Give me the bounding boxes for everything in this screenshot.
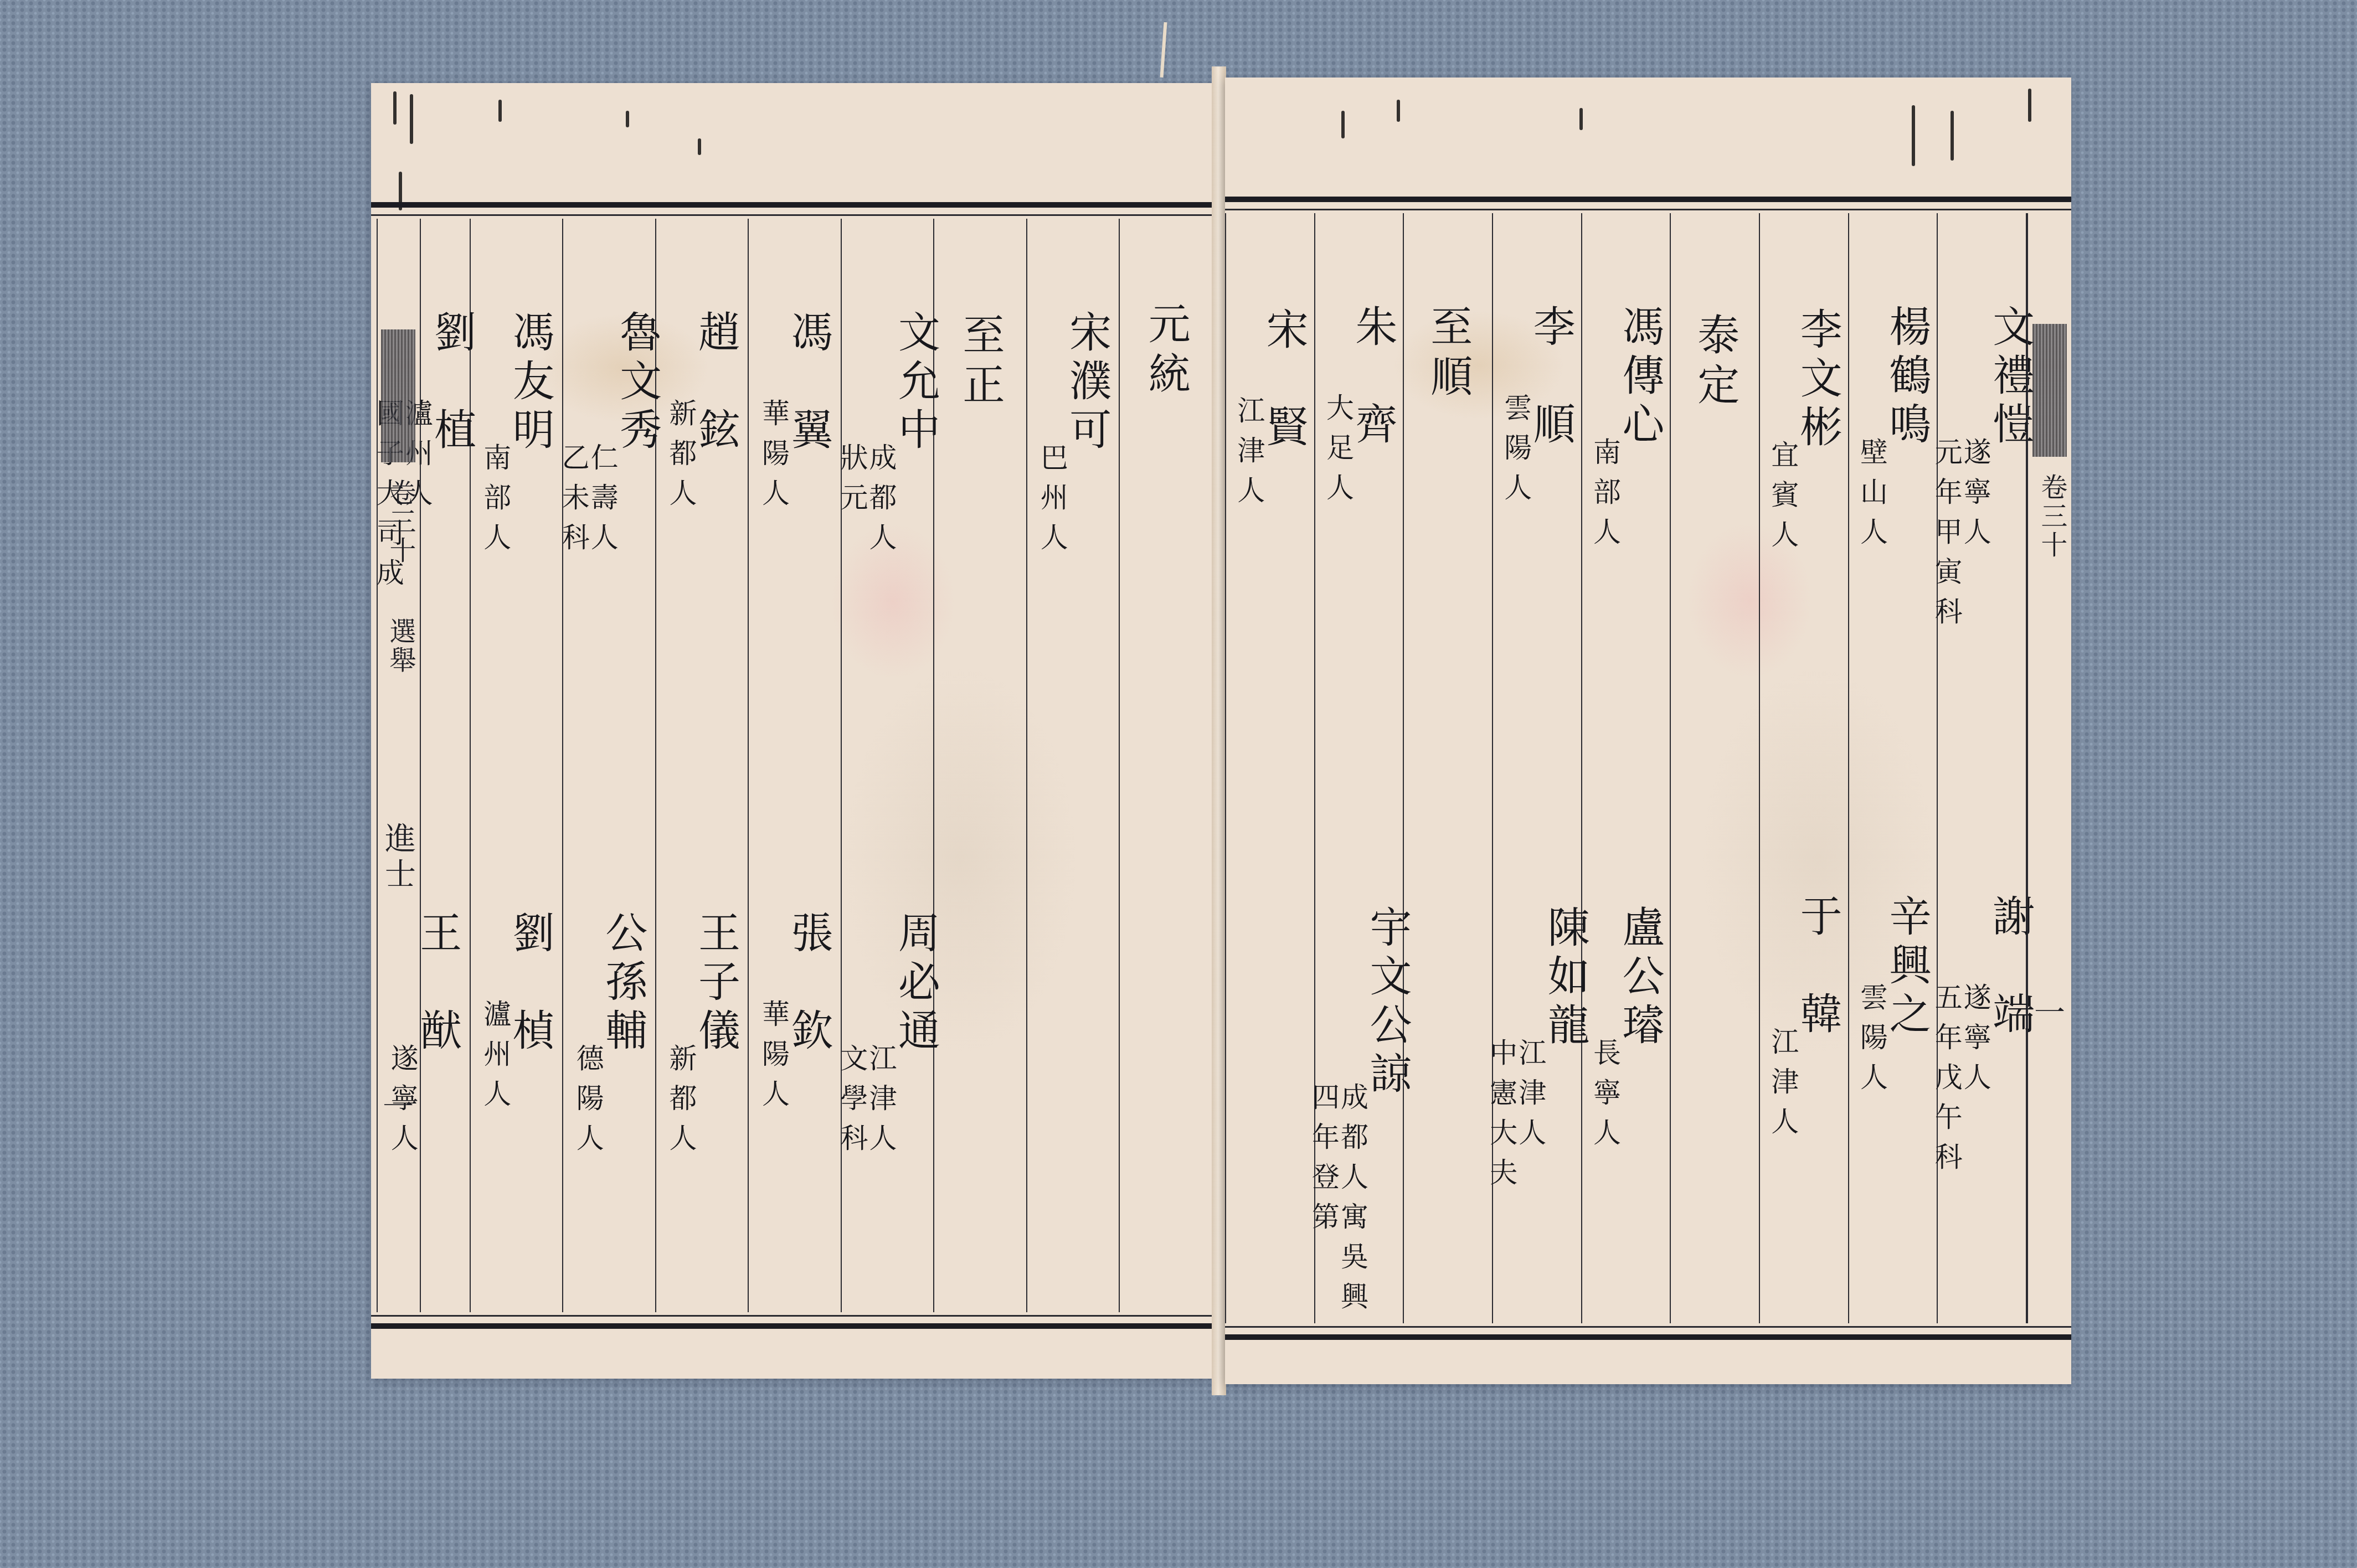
candidate-name: 于 韓	[1797, 894, 1839, 1040]
subsection-label: 進士	[377, 822, 420, 893]
column-entry: 宋濮可 巴州人	[1026, 219, 1119, 1312]
candidate-name: 文禮愷	[1989, 305, 2031, 451]
candidate-note: 新都人	[667, 1044, 694, 1163]
candidate-note: 巴州人	[1038, 443, 1066, 563]
candidate-note: 仁壽人	[589, 443, 616, 563]
candidate-name: 楊鶴鳴	[1886, 305, 1928, 451]
candidate-name: 宇文公諒	[1366, 905, 1408, 1100]
candidate-note: 遂寧人	[1962, 437, 1989, 637]
block-center-left: 卷三十 選舉 進士 一	[377, 219, 421, 1312]
column-entry: 朱 齊 大足人 宇文公諒 成都人寓吳興 四年登第	[1314, 213, 1403, 1323]
candidate-name: 馮友明	[509, 310, 551, 456]
right-page-frame: 文禮愷 遂寧人 元年甲寅科 謝 端 遂寧人 五年戊午科	[1225, 197, 2071, 1340]
column-entry: 馮傳心 南部人 盧公璿 長寧人	[1581, 213, 1670, 1323]
candidate-name: 朱 齊	[1352, 305, 1394, 451]
column-era: 至順	[1403, 213, 1492, 1323]
candidate-note: 宜賓人	[1769, 440, 1797, 560]
candidate-note: 遂寧人	[1962, 983, 1989, 1182]
column-era: 至正	[933, 219, 1026, 1312]
column-entry: 魯文秀 仁壽人 乙未科 公孫輔 德陽人	[562, 219, 655, 1312]
left-page-columns: 元統 宋濮可 巴州人 至正 文允中 成都人	[377, 219, 1213, 1312]
volume-label: 卷三十	[377, 479, 420, 565]
candidate-note: 華陽人	[760, 999, 788, 1119]
candidate-note: 雲陽人	[1858, 983, 1886, 1102]
column-entry: 宋 賢 江津人	[1225, 213, 1314, 1323]
page-number: 一	[2028, 988, 2071, 1033]
candidate-note: 大足人	[1324, 393, 1352, 513]
candidate-note: 中憲大夫	[1488, 1038, 1515, 1198]
candidate-name: 盧公璿	[1619, 905, 1661, 1051]
candidate-note: 瀘州人	[403, 399, 431, 598]
candidate-name: 宋 賢	[1263, 307, 1305, 453]
candidate-name: 李文彬	[1797, 307, 1839, 453]
era-name: 至順	[1427, 305, 1469, 404]
candidate-note: 新都人	[667, 399, 694, 518]
left-page-frame: 元統 宋濮可 巴州人 至正 文允中 成都人	[371, 202, 1213, 1329]
volume-label: 卷三十	[2028, 473, 2071, 560]
era-name: 泰定	[1694, 313, 1736, 412]
candidate-note: 瀘州人	[481, 999, 509, 1119]
fish-tail-mark-icon	[381, 329, 415, 462]
fish-tail-mark-icon	[2032, 324, 2067, 457]
candidate-note: 壁山人	[1858, 437, 1886, 557]
candidate-name: 魯文秀	[616, 310, 658, 456]
column-entry: 文允中 成都人 狀元 周必通 江津人 文學科	[841, 219, 934, 1312]
candidate-name: 辛興之	[1886, 894, 1928, 1040]
candidate-note: 江津人	[1235, 396, 1263, 515]
candidate-name: 謝 端	[1989, 894, 2031, 1040]
candidate-note: 遂寧人	[389, 1044, 416, 1163]
page-number: 一	[377, 1082, 420, 1127]
column-entry: 馮友明 南部人 劉 楨 瀘州人	[470, 219, 563, 1312]
candidate-name: 李 順	[1530, 305, 1572, 451]
candidate-name: 王 猷	[416, 911, 459, 1057]
book-spine-fold	[1212, 66, 1226, 1395]
column-entry: 李 順 雲陽人 陳如龍 江津人 中憲大夫	[1492, 213, 1581, 1323]
candidate-note: 南部人	[481, 443, 509, 563]
candidate-name: 宋濮可	[1066, 310, 1108, 456]
candidate-note: 文學科	[838, 1044, 866, 1163]
candidate-name: 王子儀	[694, 911, 737, 1057]
era-name: 至正	[959, 313, 1001, 412]
candidate-name: 劉 植	[431, 310, 473, 456]
candidate-name: 周必通	[895, 911, 937, 1057]
candidate-note: 成都人	[867, 443, 895, 563]
candidate-name: 文允中	[895, 310, 937, 456]
candidate-note: 四年登第	[1310, 1082, 1337, 1322]
column-entry: 李文彬 宜賓人 于 韓 江津人	[1759, 213, 1848, 1323]
column-entry: 馮 翼 華陽人 張 欽 華陽人	[748, 219, 841, 1312]
candidate-note: 江津人	[1769, 1027, 1797, 1147]
candidate-note: 江津人	[867, 1044, 895, 1163]
candidate-note: 狀元	[838, 443, 866, 563]
candidate-note: 五年戊午科	[1933, 983, 1960, 1182]
right-page: 文禮愷 遂寧人 元年甲寅科 謝 端 遂寧人 五年戊午科	[1225, 78, 2071, 1384]
left-page: 元統 宋濮可 巴州人 至正 文允中 成都人	[371, 83, 1213, 1379]
candidate-name: 馮傳心	[1619, 305, 1661, 451]
candidate-name: 馮 翼	[788, 310, 830, 456]
block-center-right: 卷三十 一	[2027, 213, 2071, 1323]
candidate-name: 劉 楨	[509, 911, 551, 1057]
candidate-note: 元年甲寅科	[1933, 437, 1960, 637]
candidate-note: 雲陽人	[1502, 393, 1530, 513]
candidate-note: 乙未科	[560, 443, 588, 563]
candidate-note: 德陽人	[574, 1044, 602, 1163]
candidate-note: 南部人	[1591, 437, 1619, 557]
candidate-name: 公孫輔	[602, 911, 644, 1057]
candidate-name: 趙 鉉	[694, 310, 737, 456]
candidate-name: 張 欽	[788, 911, 830, 1057]
candidate-note: 長寧人	[1591, 1038, 1619, 1158]
section-label: 選舉	[377, 617, 420, 675]
column-entry: 楊鶴鳴 壁山人 辛興之 雲陽人	[1848, 213, 1937, 1323]
right-page-columns: 文禮愷 遂寧人 元年甲寅科 謝 端 遂寧人 五年戊午科	[1225, 213, 2027, 1323]
candidate-note: 華陽人	[760, 399, 788, 518]
binding-thread	[1160, 22, 1167, 78]
candidate-note: 江津人	[1516, 1038, 1544, 1198]
candidate-name: 陳如龍	[1544, 905, 1586, 1051]
candidate-note: 國子大司成	[374, 399, 402, 598]
candidate-note: 成都人寓吳興	[1339, 1082, 1366, 1322]
column-entry: 劉 植 瀘州人 國子大司成 王 猷 遂寧人	[377, 219, 470, 1312]
column-era: 元統	[1119, 219, 1213, 1312]
column-entry: 文禮愷 遂寧人 元年甲寅科 謝 端 遂寧人 五年戊午科	[1937, 213, 2027, 1323]
column-era: 泰定	[1670, 213, 1759, 1323]
column-entry: 趙 鉉 新都人 王子儀 新都人	[655, 219, 748, 1312]
era-name: 元統	[1145, 302, 1187, 401]
